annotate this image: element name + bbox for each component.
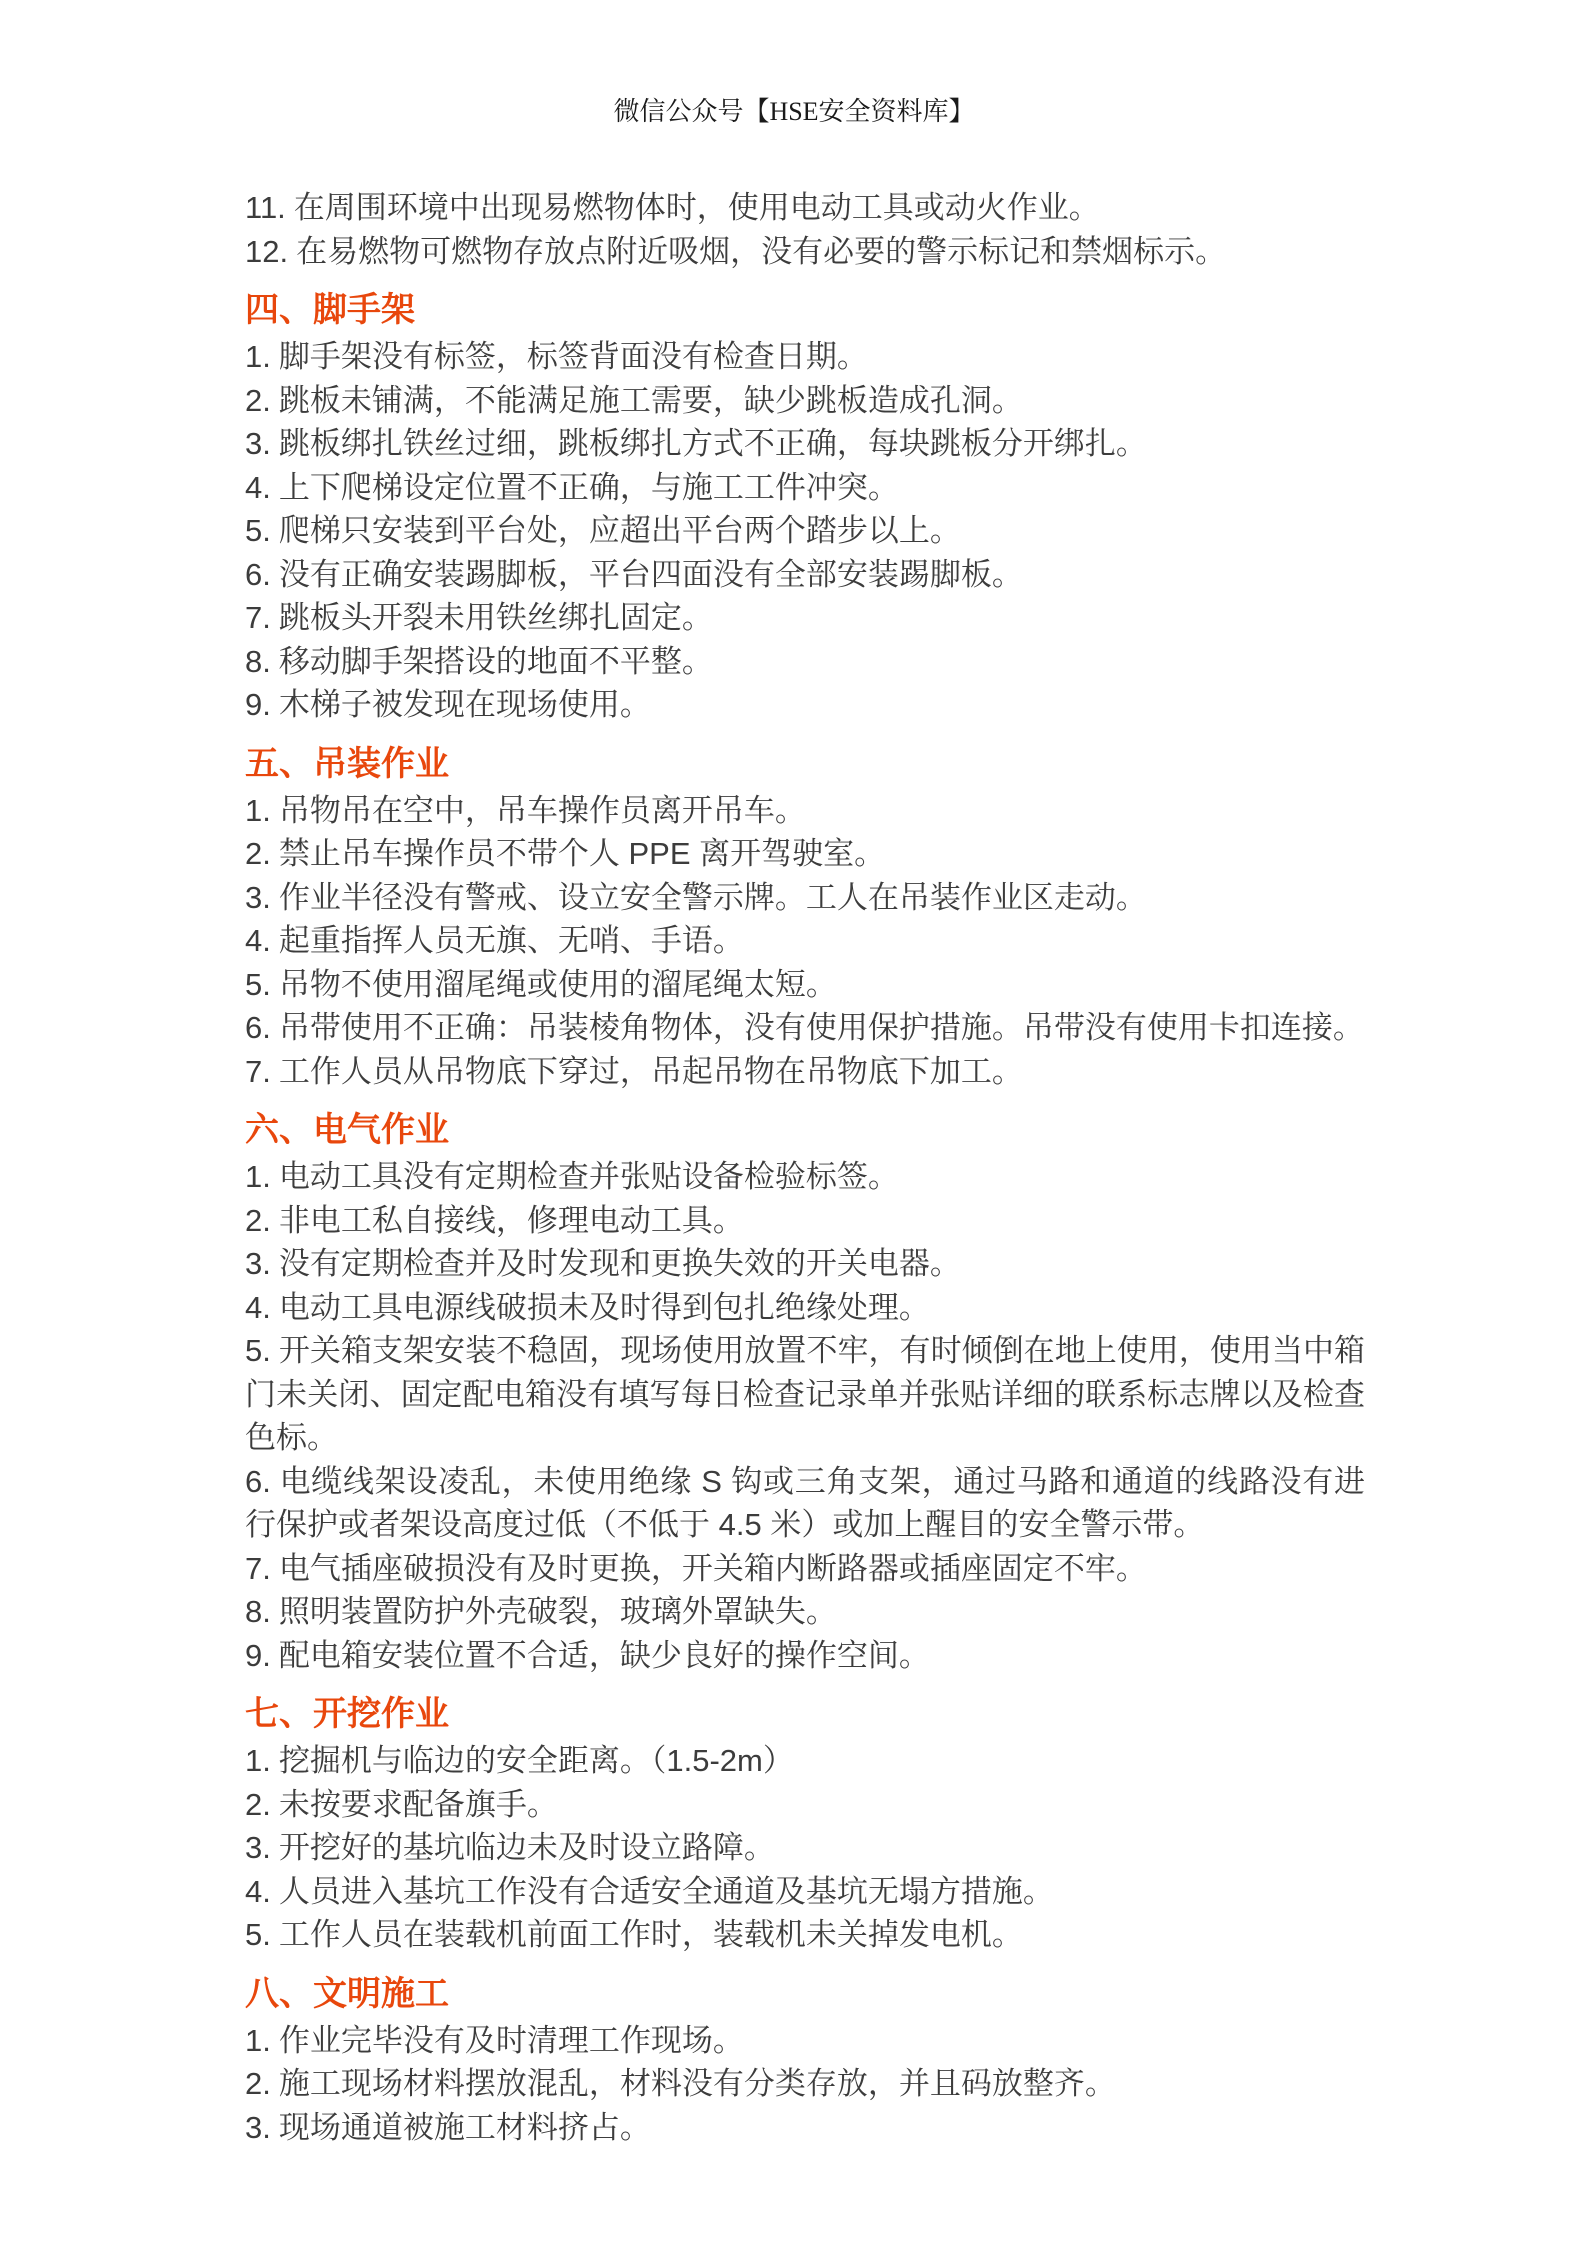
item-number: 2. bbox=[245, 1203, 271, 1238]
section-lifting-operations: 五、吊装作业 1.吊物吊在空中，吊车操作员离开吊车。2.禁止吊车操作员不带个人 … bbox=[245, 741, 1365, 1094]
item-text: 照明装置防护外壳破裂，玻璃外罩缺失。 bbox=[279, 1594, 837, 1629]
item-text: 吊带使用不正确：吊装棱角物体，没有使用保护措施。吊带没有使用卡扣连接。 bbox=[279, 1010, 1364, 1045]
item-number: 5. bbox=[245, 513, 271, 548]
item-text: 现场通道被施工材料挤占。 bbox=[279, 2110, 651, 2145]
item-text: 未按要求配备旗手。 bbox=[279, 1787, 558, 1822]
item-number: 4. bbox=[245, 1290, 271, 1325]
item-text: 配电箱安装位置不合适，缺少良好的操作空间。 bbox=[279, 1638, 930, 1673]
section-civilized-construction: 八、文明施工 1.作业完毕没有及时清理工作现场。2.施工现场材料摆放混乱，材料没… bbox=[245, 1971, 1365, 2150]
item-number: 7. bbox=[245, 1551, 271, 1586]
list-item: 12.在易燃物可燃物存放点附近吸烟，没有必要的警示标记和禁烟标示。 bbox=[245, 230, 1365, 274]
wechat-account-title: 微信公众号【HSE安全资料库】 bbox=[613, 97, 974, 126]
list-item: 9.木梯子被发现在现场使用。 bbox=[245, 683, 1365, 727]
item-text: 开关箱支架安装不稳固，现场使用放置不牢，有时倾倒在地上使用，使用当中箱门未关闭、… bbox=[245, 1333, 1365, 1455]
item-text: 挖掘机与临边的安全距离。（1.5-2m） bbox=[279, 1743, 794, 1778]
item-text: 没有定期检查并及时发现和更换失效的开关电器。 bbox=[279, 1246, 961, 1281]
list-item: 2.跳板未铺满，不能满足施工需要，缺少跳板造成孔洞。 bbox=[245, 379, 1365, 423]
list-item: 3.跳板绑扎铁丝过细，跳板绑扎方式不正确，每块跳板分开绑扎。 bbox=[245, 422, 1365, 466]
item-text: 跳板头开裂未用铁丝绑扎固定。 bbox=[279, 600, 713, 635]
section-title: 六、电气作业 bbox=[245, 1107, 1365, 1155]
section-item-list: 1.电动工具没有定期检查并张贴设备检验标签。2.非电工私自接线，修理电动工具。3… bbox=[245, 1155, 1365, 1677]
item-number: 3. bbox=[245, 2110, 271, 2145]
item-number: 7. bbox=[245, 1054, 271, 1089]
section-title: 五、吊装作业 bbox=[245, 741, 1365, 789]
section-item-list: 1.作业完毕没有及时清理工作现场。2.施工现场材料摆放混乱，材料没有分类存放，并… bbox=[245, 2019, 1365, 2150]
list-item: 5.开关箱支架安装不稳固，现场使用放置不牢，有时倾倒在地上使用，使用当中箱门未关… bbox=[245, 1329, 1365, 1460]
list-item: 4.上下爬梯设定位置不正确，与施工工件冲突。 bbox=[245, 466, 1365, 510]
item-number: 1. bbox=[245, 793, 271, 828]
item-text: 电动工具没有定期检查并张贴设备检验标签。 bbox=[279, 1159, 899, 1194]
list-item: 1.挖掘机与临边的安全距离。（1.5-2m） bbox=[245, 1739, 1365, 1783]
document-content: 11.在周围环境中出现易燃物体时，使用电动工具或动火作业。12.在易燃物可燃物存… bbox=[245, 128, 1365, 2149]
list-item: 11.在周围环境中出现易燃物体时，使用电动工具或动火作业。 bbox=[245, 186, 1365, 230]
list-item: 4.起重指挥人员无旗、无哨、手语。 bbox=[245, 919, 1365, 963]
item-number: 4. bbox=[245, 923, 271, 958]
list-item: 6.吊带使用不正确：吊装棱角物体，没有使用保护措施。吊带没有使用卡扣连接。 bbox=[245, 1006, 1365, 1050]
section-scaffolding: 四、脚手架 1.脚手架没有标签，标签背面没有检查日期。2.跳板未铺满，不能满足施… bbox=[245, 287, 1365, 727]
section-electrical-work: 六、电气作业 1.电动工具没有定期检查并张贴设备检验标签。2.非电工私自接线，修… bbox=[245, 1107, 1365, 1677]
item-number: 9. bbox=[245, 1638, 271, 1673]
item-text: 在易燃物可燃物存放点附近吸烟，没有必要的警示标记和禁烟标示。 bbox=[296, 234, 1226, 269]
list-item: 1.作业完毕没有及时清理工作现场。 bbox=[245, 2019, 1365, 2063]
list-item: 7.工作人员从吊物底下穿过，吊起吊物在吊物底下加工。 bbox=[245, 1050, 1365, 1094]
item-number: 8. bbox=[245, 644, 271, 679]
item-number: 6. bbox=[245, 1464, 271, 1499]
section-title: 八、文明施工 bbox=[245, 1971, 1365, 2019]
item-number: 5. bbox=[245, 967, 271, 1002]
item-number: 1. bbox=[245, 1159, 271, 1194]
item-number: 6. bbox=[245, 557, 271, 592]
item-number: 1. bbox=[245, 339, 271, 374]
item-text: 爬梯只安装到平台处，应超出平台两个踏步以上。 bbox=[279, 513, 961, 548]
list-item: 3.现场通道被施工材料挤占。 bbox=[245, 2106, 1365, 2150]
item-text: 没有正确安装踢脚板，平台四面没有全部安装踢脚板。 bbox=[279, 557, 1023, 592]
intro-item-list: 11.在周围环境中出现易燃物体时，使用电动工具或动火作业。12.在易燃物可燃物存… bbox=[245, 186, 1365, 273]
item-text: 吊物不使用溜尾绳或使用的溜尾绳太短。 bbox=[279, 967, 837, 1002]
item-number: 2. bbox=[245, 1787, 271, 1822]
section-item-list: 1.脚手架没有标签，标签背面没有检查日期。2.跳板未铺满，不能满足施工需要，缺少… bbox=[245, 335, 1365, 727]
item-text: 木梯子被发现在现场使用。 bbox=[279, 687, 651, 722]
item-number: 8. bbox=[245, 1594, 271, 1629]
item-text: 跳板绑扎铁丝过细，跳板绑扎方式不正确，每块跳板分开绑扎。 bbox=[279, 426, 1147, 461]
list-item: 4.电动工具电源线破损未及时得到包扎绝缘处理。 bbox=[245, 1286, 1365, 1330]
item-text: 禁止吊车操作员不带个人 PPE 离开驾驶室。 bbox=[279, 836, 885, 871]
item-number: 2. bbox=[245, 836, 271, 871]
item-number: 4. bbox=[245, 1874, 271, 1909]
item-text: 移动脚手架搭设的地面不平整。 bbox=[279, 644, 713, 679]
list-item: 1.脚手架没有标签，标签背面没有检查日期。 bbox=[245, 335, 1365, 379]
list-item: 4.人员进入基坑工作没有合适安全通道及基坑无塌方措施。 bbox=[245, 1870, 1365, 1914]
item-text: 上下爬梯设定位置不正确，与施工工件冲突。 bbox=[279, 470, 899, 505]
item-number: 1. bbox=[245, 2023, 271, 2058]
item-number: 2. bbox=[245, 2066, 271, 2101]
item-text: 作业半径没有警戒、设立安全警示牌。工人在吊装作业区走动。 bbox=[279, 880, 1147, 915]
section-title: 四、脚手架 bbox=[245, 287, 1365, 335]
item-text: 作业完毕没有及时清理工作现场。 bbox=[279, 2023, 744, 2058]
list-item: 3.作业半径没有警戒、设立安全警示牌。工人在吊装作业区走动。 bbox=[245, 876, 1365, 920]
list-item: 3.开挖好的基坑临边未及时设立路障。 bbox=[245, 1826, 1365, 1870]
page-header: 微信公众号【HSE安全资料库】 bbox=[0, 0, 1588, 128]
item-number: 5. bbox=[245, 1917, 271, 1952]
list-item: 6.电缆线架设凌乱，未使用绝缘 S 钩或三角支架，通过马路和通道的线路没有进行保… bbox=[245, 1460, 1365, 1547]
section-item-list: 1.挖掘机与临边的安全距离。（1.5-2m）2.未按要求配备旗手。3.开挖好的基… bbox=[245, 1739, 1365, 1957]
list-item: 1.电动工具没有定期检查并张贴设备检验标签。 bbox=[245, 1155, 1365, 1199]
section-excavation-work: 七、开挖作业 1.挖掘机与临边的安全距离。（1.5-2m）2.未按要求配备旗手。… bbox=[245, 1691, 1365, 1957]
item-number: 9. bbox=[245, 687, 271, 722]
item-number: 6. bbox=[245, 1010, 271, 1045]
item-number: 5. bbox=[245, 1333, 271, 1368]
item-number: 1. bbox=[245, 1743, 271, 1778]
list-item: 5.工作人员在装载机前面工作时，装载机未关掉发电机。 bbox=[245, 1913, 1365, 1957]
item-text: 电气插座破损没有及时更换，开关箱内断路器或插座固定不牢。 bbox=[279, 1551, 1147, 1586]
item-text: 电缆线架设凌乱，未使用绝缘 S 钩或三角支架，通过马路和通道的线路没有进行保护或… bbox=[245, 1464, 1365, 1543]
list-item: 8.移动脚手架搭设的地面不平整。 bbox=[245, 640, 1365, 684]
list-item: 8.照明装置防护外壳破裂，玻璃外罩缺失。 bbox=[245, 1590, 1365, 1634]
item-text: 电动工具电源线破损未及时得到包扎绝缘处理。 bbox=[279, 1290, 930, 1325]
list-item: 3.没有定期检查并及时发现和更换失效的开关电器。 bbox=[245, 1242, 1365, 1286]
section-item-list: 1.吊物吊在空中，吊车操作员离开吊车。2.禁止吊车操作员不带个人 PPE 离开驾… bbox=[245, 789, 1365, 1094]
item-text: 在周围环境中出现易燃物体时，使用电动工具或动火作业。 bbox=[294, 190, 1100, 225]
item-text: 施工现场材料摆放混乱，材料没有分类存放，并且码放整齐。 bbox=[279, 2066, 1116, 2101]
item-number: 4. bbox=[245, 470, 271, 505]
item-text: 跳板未铺满，不能满足施工需要，缺少跳板造成孔洞。 bbox=[279, 383, 1023, 418]
list-item: 6.没有正确安装踢脚板，平台四面没有全部安装踢脚板。 bbox=[245, 553, 1365, 597]
item-text: 开挖好的基坑临边未及时设立路障。 bbox=[279, 1830, 775, 1865]
item-number: 3. bbox=[245, 1246, 271, 1281]
item-number: 3. bbox=[245, 880, 271, 915]
item-text: 脚手架没有标签，标签背面没有检查日期。 bbox=[279, 339, 868, 374]
list-item: 1.吊物吊在空中，吊车操作员离开吊车。 bbox=[245, 789, 1365, 833]
list-item: 2.非电工私自接线，修理电动工具。 bbox=[245, 1199, 1365, 1243]
document-page: 微信公众号【HSE安全资料库】 11.在周围环境中出现易燃物体时，使用电动工具或… bbox=[0, 0, 1588, 2245]
item-number: 7. bbox=[245, 600, 271, 635]
item-number: 3. bbox=[245, 1830, 271, 1865]
section-title: 七、开挖作业 bbox=[245, 1691, 1365, 1739]
item-text: 起重指挥人员无旗、无哨、手语。 bbox=[279, 923, 744, 958]
item-text: 吊物吊在空中，吊车操作员离开吊车。 bbox=[279, 793, 806, 828]
list-item: 5.爬梯只安装到平台处，应超出平台两个踏步以上。 bbox=[245, 509, 1365, 553]
item-number: 11. bbox=[245, 190, 286, 225]
item-number: 2. bbox=[245, 383, 271, 418]
list-item: 7.跳板头开裂未用铁丝绑扎固定。 bbox=[245, 596, 1365, 640]
list-item: 5.吊物不使用溜尾绳或使用的溜尾绳太短。 bbox=[245, 963, 1365, 1007]
item-text: 工作人员在装载机前面工作时，装载机未关掉发电机。 bbox=[279, 1917, 1023, 1952]
list-item: 7.电气插座破损没有及时更换，开关箱内断路器或插座固定不牢。 bbox=[245, 1547, 1365, 1591]
list-item: 9.配电箱安装位置不合适，缺少良好的操作空间。 bbox=[245, 1634, 1365, 1678]
list-item: 2.未按要求配备旗手。 bbox=[245, 1783, 1365, 1827]
list-item: 2.施工现场材料摆放混乱，材料没有分类存放，并且码放整齐。 bbox=[245, 2062, 1365, 2106]
item-text: 人员进入基坑工作没有合适安全通道及基坑无塌方措施。 bbox=[279, 1874, 1054, 1909]
list-item: 2.禁止吊车操作员不带个人 PPE 离开驾驶室。 bbox=[245, 832, 1365, 876]
item-text: 非电工私自接线，修理电动工具。 bbox=[279, 1203, 744, 1238]
item-number: 3. bbox=[245, 426, 271, 461]
item-text: 工作人员从吊物底下穿过，吊起吊物在吊物底下加工。 bbox=[279, 1054, 1023, 1089]
item-number: 12. bbox=[245, 234, 288, 269]
